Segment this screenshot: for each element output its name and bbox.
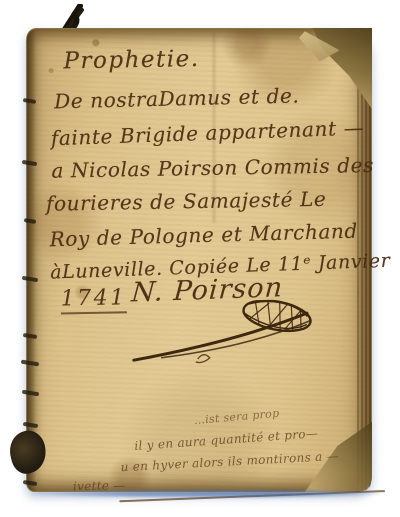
faded-note-line: u en hyver alors ils montirons a — <box>120 449 339 474</box>
stitch-mark <box>23 480 37 486</box>
signature-flourish-icon <box>127 299 318 382</box>
text-line: a Nicolas Poirson Commis des <box>51 153 374 183</box>
stitch-mark <box>23 333 37 339</box>
text-line: De nostraDamus et de. <box>54 83 300 113</box>
binding-knot <box>5 427 51 477</box>
manuscript-page: Prophetie. De nostraDamus et de. fainte … <box>26 28 372 492</box>
manuscript-photo: Prophetie. De nostraDamus et de. fainte … <box>0 0 400 517</box>
text-line: Roy de Pologne et Marchand <box>49 219 358 252</box>
text-line: fourieres de Samajesté Le <box>46 187 327 216</box>
faded-note-line: …ist sera prop <box>193 407 280 427</box>
scan-shadow <box>30 490 382 497</box>
stitch-mark <box>24 218 36 224</box>
title-line: Prophetie. <box>63 46 199 74</box>
stitch-mark <box>23 98 36 104</box>
year-label: 1741 <box>60 285 126 314</box>
text-line: fainte Brigide appartenant — <box>50 115 364 150</box>
faded-note-line: il y en aura quantité et pro— <box>134 426 319 453</box>
